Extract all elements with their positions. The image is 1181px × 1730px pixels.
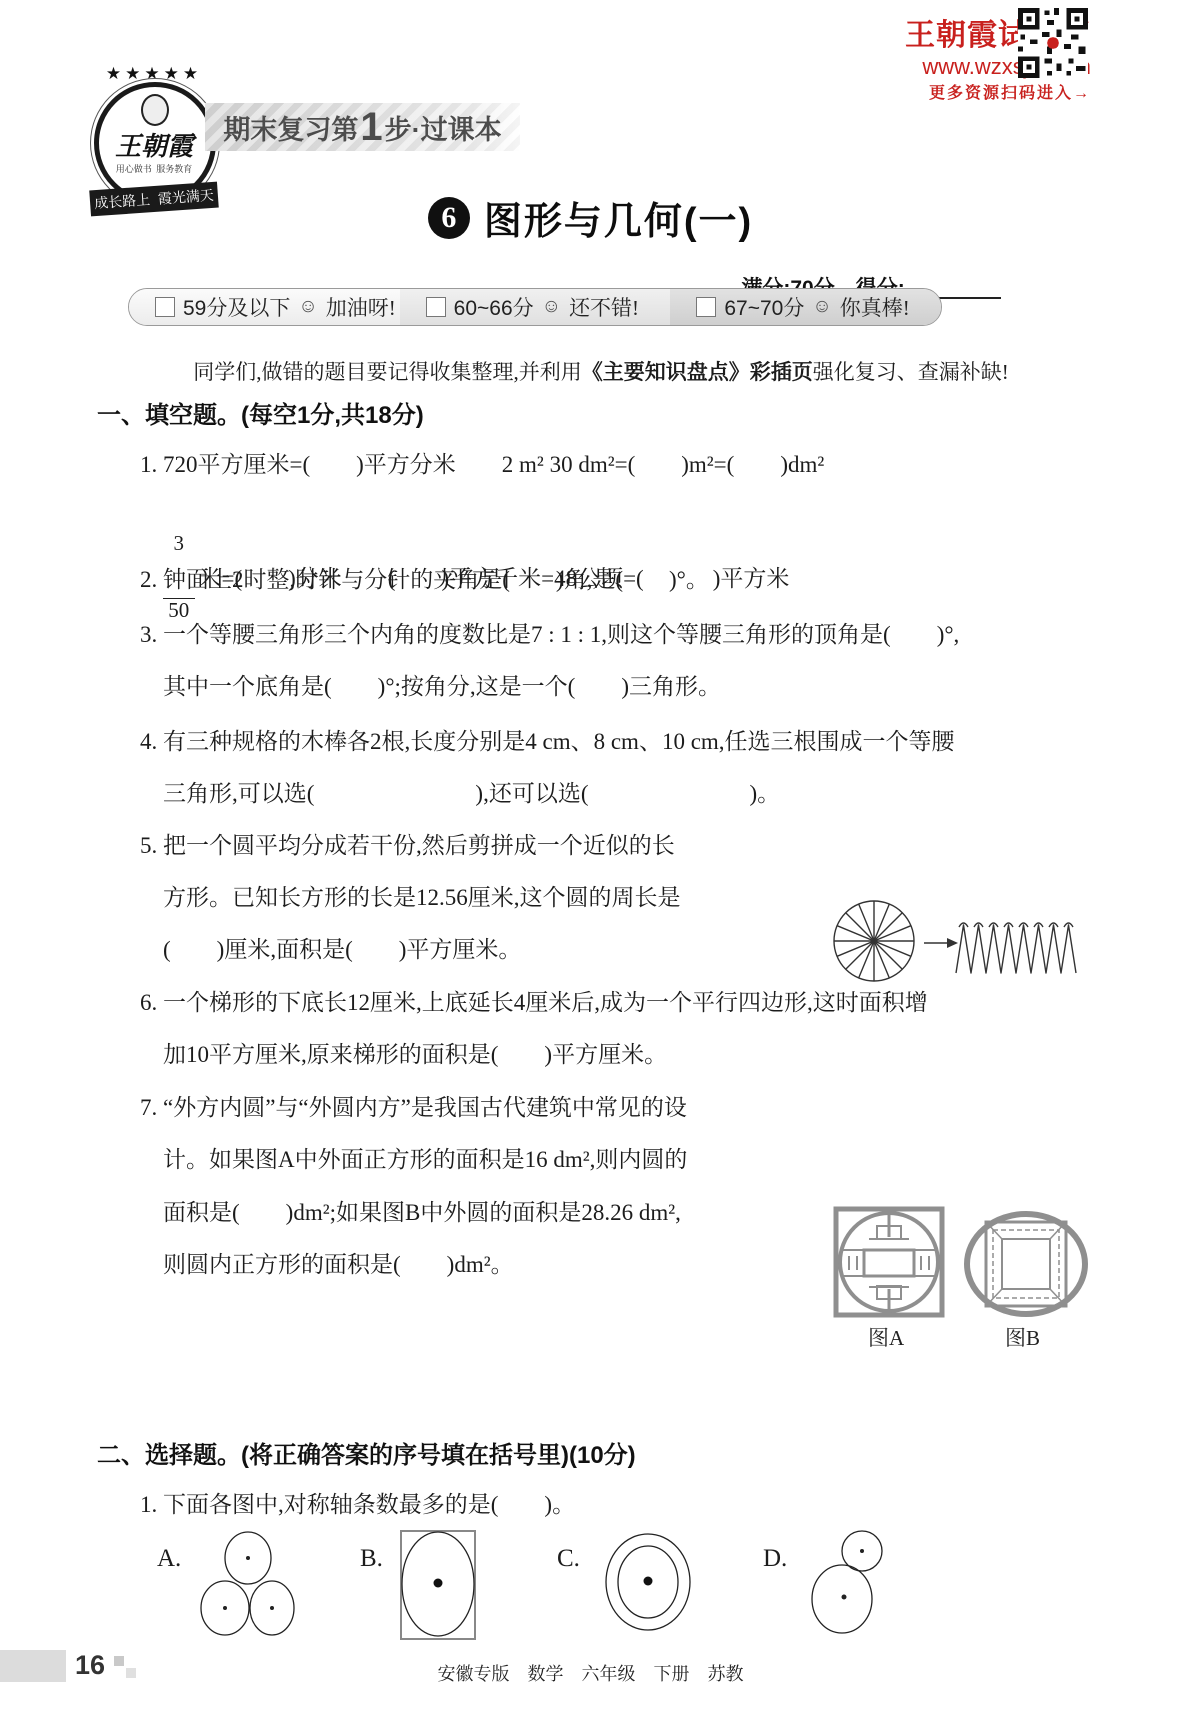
fraction-numerator: 3 (163, 532, 195, 554)
footer-edition-info: 安徽专版 数学 六年级 下册 苏教 (0, 1660, 1181, 1686)
section2-heading: 二、选择题。(将正确答案的序号填在括号里)(10分) (97, 1435, 636, 1470)
logo-portrait-icon (141, 94, 169, 126)
page-title: 6图形与几何(一) (0, 190, 1181, 245)
q6-line1: 6. 一个梯形的下底长12厘米,上底延长4厘米后,成为一个平行四边形,这时面积增 (140, 988, 928, 1018)
worksheet-page: 王朝霞试卷网 www.wzxsjw.com 更多资源扫码进入→ ★★★★★ 王朝… (0, 0, 1181, 1730)
notice-post: 强化复习、查漏补缺! (813, 360, 1009, 384)
checkbox-low[interactable] (155, 297, 175, 317)
score-range-mid: 60~66分 ☺ 还不错! (400, 289, 671, 325)
choice-q1-line: 1. 下面各图中,对称轴条数最多的是( )。 (140, 1490, 575, 1520)
checkbox-high[interactable] (696, 297, 716, 317)
qr-code-icon (1018, 8, 1088, 78)
notice-emphasis: 《主要知识盘点》彩插页 (582, 360, 813, 384)
circle-to-rectangle-figure (828, 893, 1080, 989)
figure-a-label: 图A (868, 1322, 904, 1352)
option-d-figure (800, 1525, 892, 1643)
figure-b-label: 图B (1005, 1322, 1040, 1352)
smiley-icon: ☺ (812, 296, 831, 318)
range-label: 67~70分 (724, 292, 804, 322)
q5-line3: ( )厘米,面积是( )平方厘米。 (163, 935, 521, 965)
q7-line4: 则圆内正方形的面积是( )dm²。 (163, 1250, 514, 1280)
smiley-icon: ☺ (542, 296, 561, 318)
q4-line2: 三角形,可以选( ),还可以选( )。 (163, 779, 780, 809)
q1-line1: 1. 720平方厘米=( )平方分米 2 m² 30 dm²=( )m²=( )… (140, 450, 824, 480)
option-c-label: C. (557, 1543, 580, 1576)
brand-qr-hint: 更多资源扫码进入→ (905, 80, 1091, 103)
section1-heading: 一、填空题。(每空1分,共18分) (97, 395, 424, 430)
q7-line2: 计。如果图A中外面正方形的面积是16 dm²,则内圆的 (163, 1145, 687, 1175)
q6-line2: 加10平方厘米,原来梯形的面积是( )平方厘米。 (163, 1040, 667, 1070)
logo-stars-icon: ★★★★★ (88, 64, 220, 84)
q3-line2: 其中一个底角是( )°;按角分,这是一个( )三角形。 (163, 672, 721, 702)
q7-line1: 7. “外方内圆”与“外圆内方”是我国古代建筑中常见的设 (140, 1093, 687, 1123)
score-range-low: 59分及以下 ☺ 加油呀! (129, 289, 400, 325)
fraction-denominator: 50 (163, 598, 195, 621)
range-label: 60~66分 (454, 292, 534, 322)
q5-line2: 方形。已知长方形的长是12.56厘米,这个圆的周长是 (163, 883, 681, 913)
option-a-figure (196, 1528, 300, 1640)
option-b-figure (398, 1528, 478, 1642)
praise-label: 加油呀! (326, 292, 396, 322)
range-label: 59分及以下 (183, 292, 290, 322)
option-d-label: D. (763, 1543, 787, 1576)
unit-title: 图形与几何(一) (484, 190, 753, 245)
q3-line1: 3. 一个等腰三角形三个内角的度数比是7 : 1 : 1,则这个等腰三角形的顶角… (140, 620, 959, 650)
checkbox-mid[interactable] (426, 297, 446, 317)
banner-step-number: 1 (360, 105, 382, 150)
smiley-icon: ☺ (298, 296, 317, 318)
square-outside-circle-inside-figure (833, 1206, 945, 1318)
q7-line3: 面积是( )dm²;如果图B中外圆的面积是28.26 dm², (163, 1198, 681, 1228)
option-a-label: A. (157, 1543, 181, 1576)
step-banner: 期末复习第1步·过课本 (205, 103, 520, 151)
option-c-figure (600, 1528, 696, 1636)
unit-number-badge: 6 (428, 197, 470, 239)
praise-label: 还不错! (569, 292, 639, 322)
logo-subtext: 用心做书 服务教育 (88, 162, 220, 175)
option-b-label: B. (360, 1543, 383, 1576)
q4-line1: 4. 有三种规格的木棒各2根,长度分别是4 cm、8 cm、10 cm,任选三根… (140, 727, 955, 757)
praise-label: 你真棒! (840, 292, 910, 322)
banner-pre: 期末复习第 (223, 108, 358, 147)
logo-name: 王朝霞 (88, 126, 220, 163)
q5-line1: 5. 把一个圆平均分成若干份,然后剪拼成一个近似的长 (140, 831, 675, 861)
q2-line: 2. 钟面上2时整,时针与分针的夹角是( )角,是( )°。 (140, 565, 709, 595)
score-range-bar: 59分及以下 ☺ 加油呀! 60~66分 ☺ 还不错! 67~70分 ☺ 你真棒… (128, 288, 942, 326)
circle-outside-square-inside-figure (962, 1210, 1090, 1318)
score-range-high: 67~70分 ☺ 你真棒! (670, 289, 941, 325)
notice-pre: 同学们,做错的题目要记得收集整理,并利用 (193, 360, 582, 384)
banner-post: 步·过课本 (385, 108, 502, 147)
